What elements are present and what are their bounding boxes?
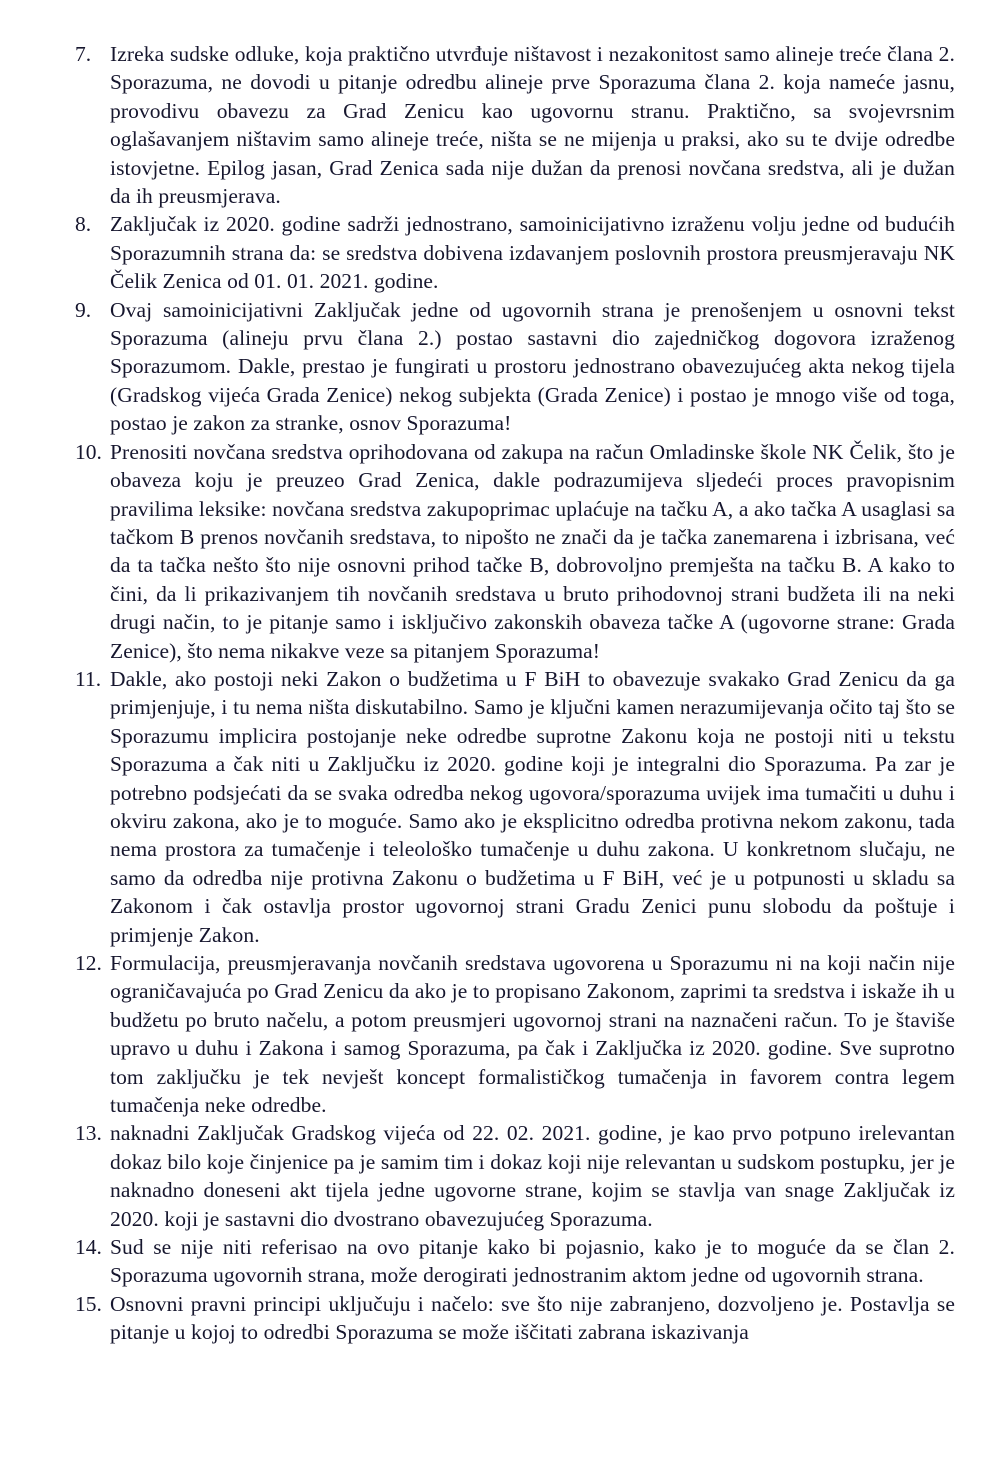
list-item: 7.Izreka sudske odluke, koja praktično u… — [75, 40, 955, 210]
list-item: 9.Ovaj samoinicijativni Zaključak jedne … — [75, 296, 955, 438]
item-number: 15. — [75, 1290, 110, 1318]
list-item: 8.Zaključak iz 2020. godine sadrži jedno… — [75, 210, 955, 295]
list-item: 11.Dakle, ako postoji neki Zakon o budže… — [75, 665, 955, 949]
item-text: Sud se nije niti referisao na ovo pitanj… — [110, 1233, 955, 1290]
item-number: 10. — [75, 438, 110, 466]
item-number: 14. — [75, 1233, 110, 1261]
numbered-list: 7.Izreka sudske odluke, koja praktično u… — [75, 40, 955, 1347]
item-number: 11. — [75, 665, 110, 693]
item-text: Izreka sudske odluke, koja praktično utv… — [110, 40, 955, 210]
item-text: Ovaj samoinicijativni Zaključak jedne od… — [110, 296, 955, 438]
item-number: 13. — [75, 1119, 110, 1147]
item-number: 9. — [75, 296, 110, 324]
item-text: naknadni Zaključak Gradskog vijeća od 22… — [110, 1119, 955, 1233]
list-item: 14.Sud se nije niti referisao na ovo pit… — [75, 1233, 955, 1290]
item-number: 7. — [75, 40, 110, 68]
item-text: Formulacija, preusmjeravanja novčanih sr… — [110, 949, 955, 1119]
item-text: Prenositi novčana sredstva oprihodovana … — [110, 438, 955, 665]
item-text: Dakle, ako postoji neki Zakon o budžetim… — [110, 665, 955, 949]
item-number: 12. — [75, 949, 110, 977]
item-text: Osnovni pravni principi uključuju i nače… — [110, 1290, 955, 1347]
list-item: 15.Osnovni pravni principi uključuju i n… — [75, 1290, 955, 1347]
list-item: 10.Prenositi novčana sredstva oprihodova… — [75, 438, 955, 665]
item-number: 8. — [75, 210, 110, 238]
list-item: 12.Formulacija, preusmjeravanja novčanih… — [75, 949, 955, 1119]
document-page: 7.Izreka sudske odluke, koja praktično u… — [0, 0, 1000, 1477]
item-text: Zaključak iz 2020. godine sadrži jednost… — [110, 210, 955, 295]
list-item: 13.naknadni Zaključak Gradskog vijeća od… — [75, 1119, 955, 1233]
